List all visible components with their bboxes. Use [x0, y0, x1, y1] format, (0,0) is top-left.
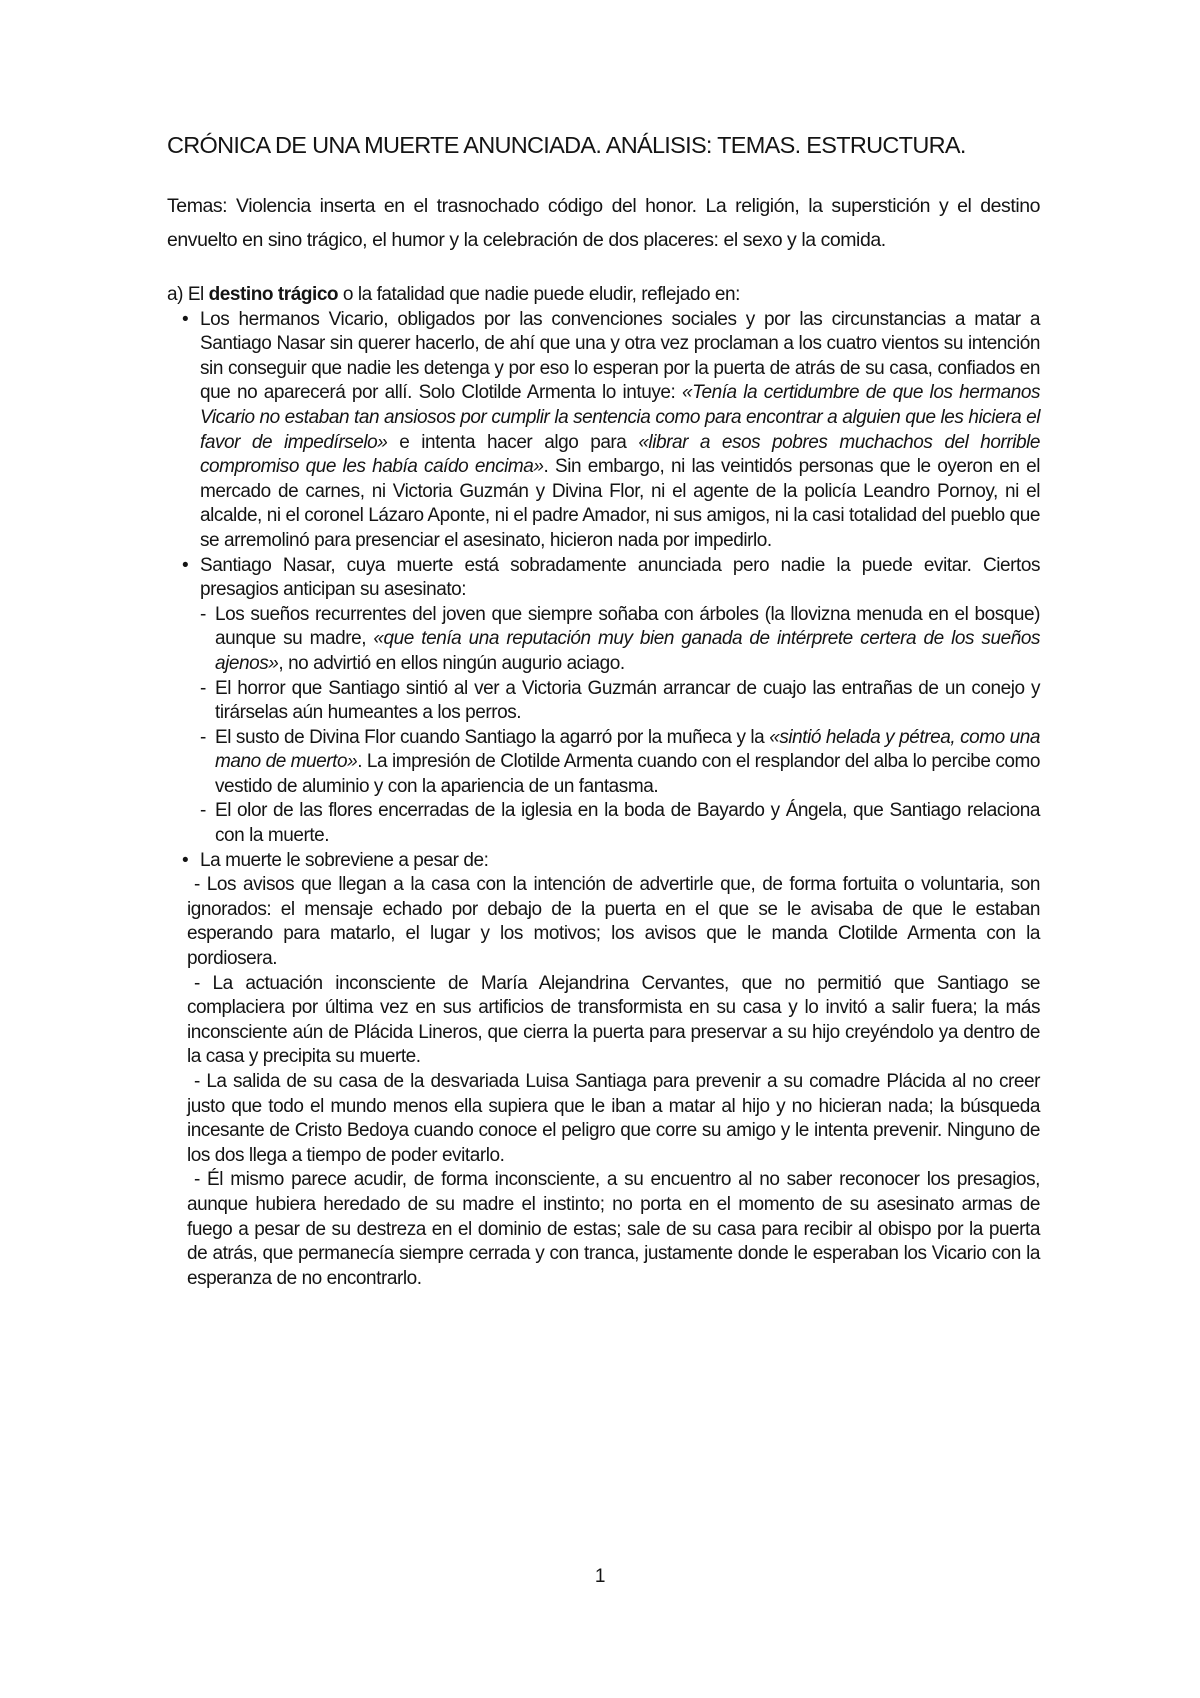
section-a-heading: a) El destino trágico o la fatalidad que… — [167, 283, 1040, 308]
text-run: La muerte le sobreviene a pesar de: — [200, 850, 488, 871]
document-content: CRÓNICA DE UNA MUERTE ANUNCIADA. ANÁLISI… — [167, 132, 1040, 1291]
text-run: El olor de las flores encerradas de la i… — [215, 800, 1040, 846]
text-run: o la fatalidad que nadie puede eludir, r… — [338, 284, 740, 305]
section-a-list: •Los hermanos Vicario, obligados por las… — [167, 308, 1040, 1292]
list-item-dash: -El olor de las flores encerradas de la … — [167, 799, 1040, 848]
list-item-flat-dash: - La actuación inconsciente de María Ale… — [187, 972, 1040, 1070]
page-number: 1 — [0, 1566, 1200, 1588]
document-page: CRÓNICA DE UNA MUERTE ANUNCIADA. ANÁLISI… — [0, 0, 1200, 1698]
document-title: CRÓNICA DE UNA MUERTE ANUNCIADA. ANÁLISI… — [167, 132, 1040, 159]
list-item-dash: -Los sueños recurrentes del joven que si… — [167, 603, 1040, 677]
list-item-bullet: •La muerte le sobreviene a pesar de: — [167, 849, 1040, 874]
bullet-marker: • — [182, 554, 188, 579]
list-item-text: El olor de las flores encerradas de la i… — [215, 800, 1040, 846]
list-item-flat-dash: - La salida de su casa de la desvariada … — [187, 1070, 1040, 1168]
bullet-marker: • — [182, 849, 188, 874]
text-run: , no advirtió en ellos ningún augurio ac… — [278, 653, 624, 674]
bullet-marker: • — [182, 308, 188, 333]
text-run: El susto de Divina Flor cuando Santiago … — [215, 727, 769, 748]
text-run: - Él mismo parece acudir, de forma incon… — [187, 1169, 1040, 1288]
list-item-text: El horror que Santiago sintió al ver a V… — [215, 678, 1040, 724]
text-run: e intenta hacer algo para — [387, 432, 638, 453]
dash-marker: - — [200, 677, 206, 702]
text-run: - Los avisos que llegan a la casa con la… — [187, 874, 1040, 969]
dash-marker: - — [200, 726, 206, 751]
text-run: - La actuación inconsciente de María Ale… — [187, 973, 1040, 1068]
text-run: El horror que Santiago sintió al ver a V… — [215, 678, 1040, 724]
text-run: destino trágico — [209, 284, 338, 305]
list-item-text: La muerte le sobreviene a pesar de: — [200, 850, 488, 871]
text-run: Santiago Nasar, cuya muerte está sobrada… — [200, 555, 1040, 601]
themes-paragraph: Temas: Violencia inserta en el trasnocha… — [167, 189, 1040, 257]
list-item-text: Santiago Nasar, cuya muerte está sobrada… — [200, 555, 1040, 601]
text-run: - La salida de su casa de la desvariada … — [187, 1071, 1040, 1166]
list-item-text: Los hermanos Vicario, obligados por las … — [200, 309, 1040, 551]
list-item-text: Los sueños recurrentes del joven que sie… — [215, 604, 1040, 674]
dash-marker: - — [200, 603, 206, 628]
list-item-flat-dash: - Los avisos que llegan a la casa con la… — [187, 873, 1040, 971]
document-body: a) El destino trágico o la fatalidad que… — [167, 283, 1040, 1291]
list-item-text: El susto de Divina Flor cuando Santiago … — [215, 727, 1040, 797]
list-item-dash: -El susto de Divina Flor cuando Santiago… — [167, 726, 1040, 800]
list-item-bullet: •Santiago Nasar, cuya muerte está sobrad… — [167, 554, 1040, 603]
list-item-dash: -El horror que Santiago sintió al ver a … — [167, 677, 1040, 726]
text-run: a) El — [167, 284, 209, 305]
list-item-bullet: •Los hermanos Vicario, obligados por las… — [167, 308, 1040, 554]
list-item-flat-dash: - Él mismo parece acudir, de forma incon… — [187, 1168, 1040, 1291]
dash-marker: - — [200, 799, 206, 824]
